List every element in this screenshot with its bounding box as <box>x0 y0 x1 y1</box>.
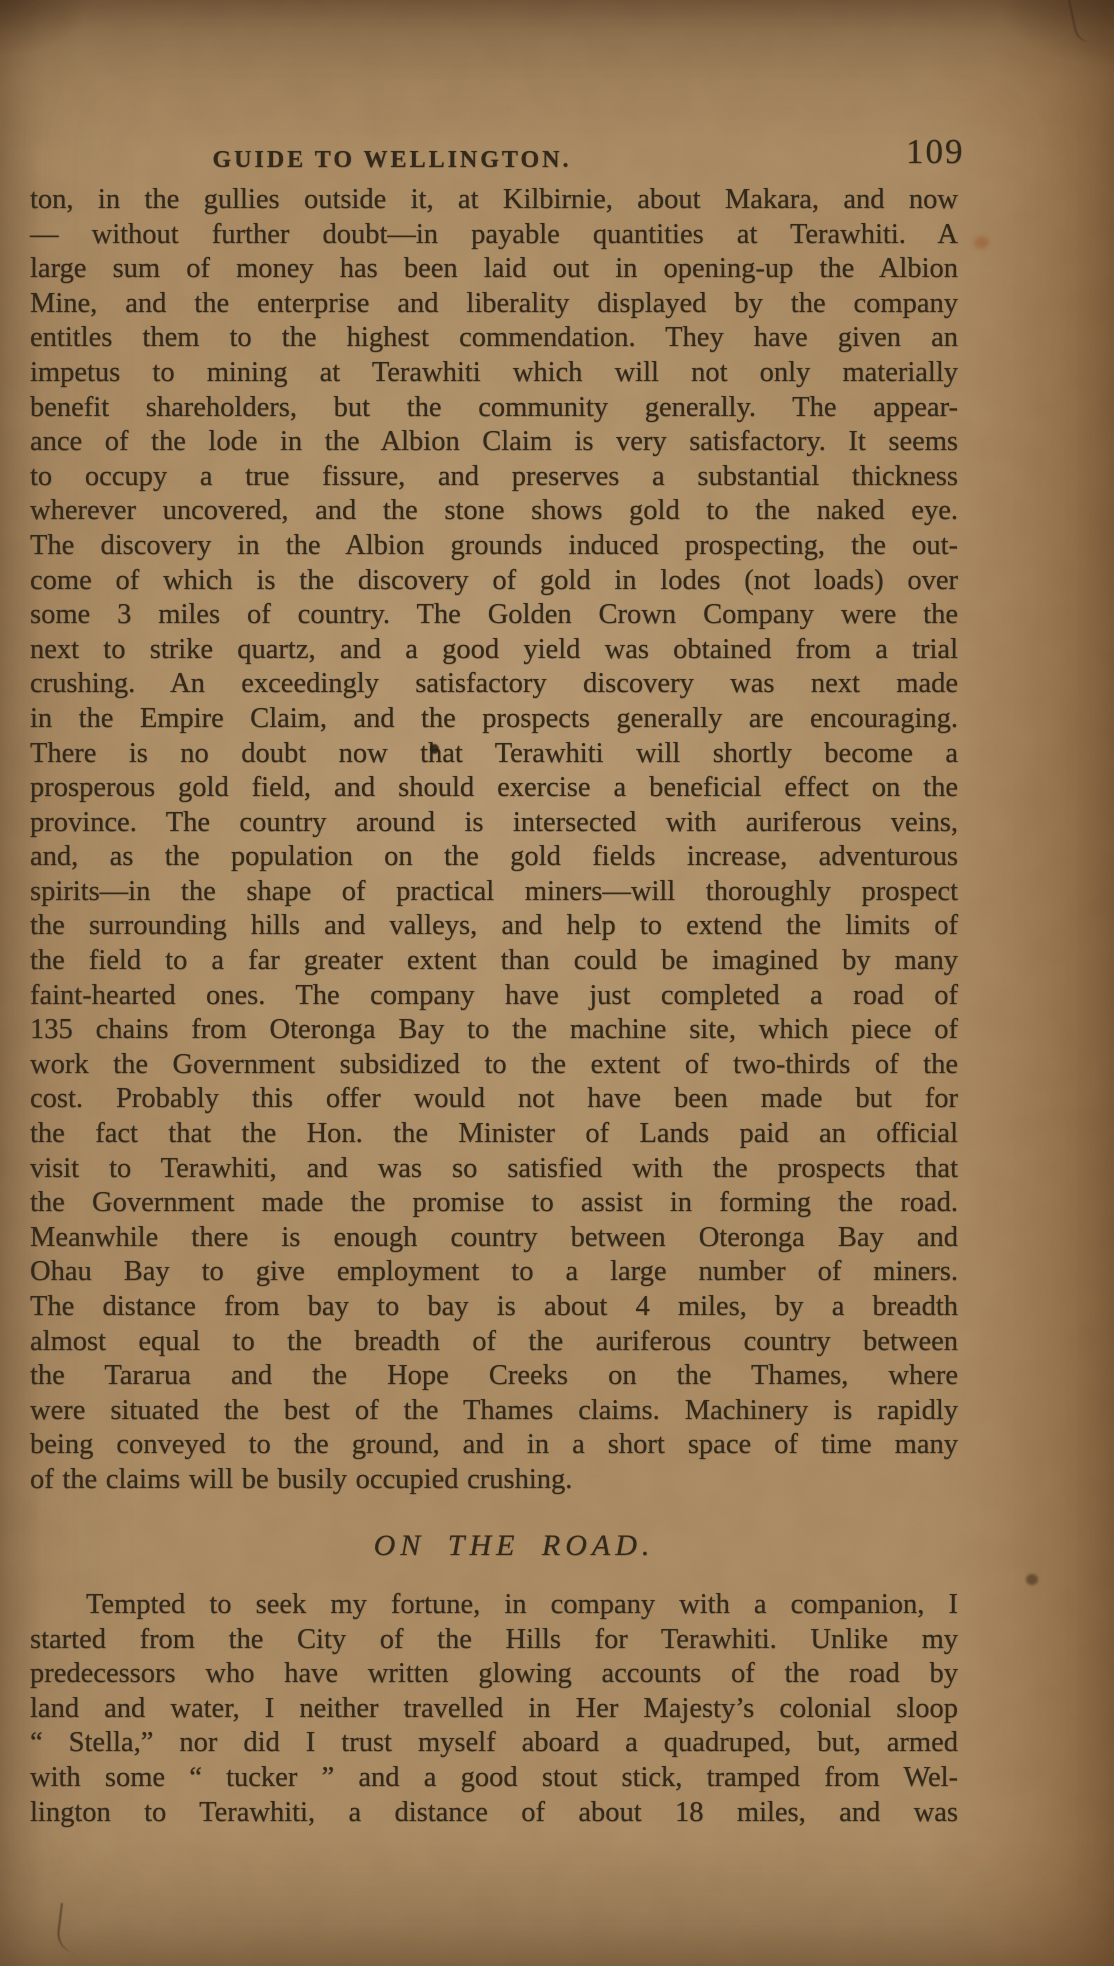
text-line: faint-hearted ones. The company have jus… <box>30 979 958 1014</box>
text-line: cost. Probably this offer would not have… <box>30 1082 958 1117</box>
text-line: next to strike quartz, and a good yield … <box>30 633 958 668</box>
text-line: land and water, I neither travelled in H… <box>30 1692 958 1727</box>
text-line: province. The country around is intersec… <box>30 806 958 841</box>
text-line: 135 chains from Oteronga Bay to the mach… <box>30 1013 958 1048</box>
text-line: predecessors who have written glowing ac… <box>30 1657 958 1692</box>
stain-spot <box>974 236 989 249</box>
text-line: There is no doubt now that Terawhiti wil… <box>30 737 958 772</box>
text-line: visit to Terawhiti, and was so satisfied… <box>30 1152 958 1187</box>
text-line: The distance from bay to bay is about 4 … <box>30 1290 958 1325</box>
text-line: being conveyed to the ground, and in a s… <box>30 1428 958 1463</box>
text-line: some 3 miles of country. The Golden Crow… <box>30 598 958 633</box>
text-line: the fact that the Hon. the Minister of L… <box>30 1117 958 1152</box>
running-title: GUIDE TO WELLINGTON. <box>213 147 572 174</box>
text-line: the Government made the promise to assis… <box>30 1186 958 1221</box>
text-line: lington to Terawhiti, a distance of abou… <box>30 1796 958 1831</box>
text-line: impetus to mining at Terawhiti which wil… <box>30 356 958 391</box>
text-line: Ohau Bay to give employment to a large n… <box>30 1255 958 1290</box>
text-line: entitles them to the highest commendatio… <box>30 321 958 356</box>
text-line: Meanwhile there is enough country betwee… <box>30 1221 958 1256</box>
paper-crack <box>55 1903 81 1953</box>
text-line: large sum of money has been laid out in … <box>30 252 958 287</box>
text-line: to occupy a true fissure, and preserves … <box>30 460 958 495</box>
page-number: 109 <box>906 132 965 172</box>
text-line: started from the City of the Hills for T… <box>30 1623 958 1658</box>
text-line: come of which is the discovery of gold i… <box>30 564 958 599</box>
text-line: of the claims will be busily occupied cr… <box>30 1463 958 1498</box>
section-heading: ON THE ROAD. <box>50 1529 978 1563</box>
text-line: “ Stella,” nor did I trust myself aboard… <box>30 1726 958 1761</box>
text-line: The discovery in the Albion grounds indu… <box>30 529 958 564</box>
paragraph-on-the-road: Tempted to seek my fortune, in company w… <box>30 1588 958 1830</box>
text-line: were situated the best of the Thames cla… <box>30 1394 958 1429</box>
text-line: Tempted to seek my fortune, in company w… <box>30 1588 958 1623</box>
text-line: wherever uncovered, and the stone shows … <box>30 494 958 529</box>
ink-speck <box>1026 1574 1038 1585</box>
text-line: with some “ tucker ” and a good stout st… <box>30 1761 958 1796</box>
text-line: prosperous gold field, and should exerci… <box>30 771 958 806</box>
text-line: crushing. An exceedingly satisfactory di… <box>30 667 958 702</box>
text-line: ance of the lode in the Albion Claim is … <box>30 425 958 460</box>
paragraph-terawhiti-mining: ton, in the gullies outside it, at Kilbi… <box>30 183 958 1498</box>
text-line: and, as the population on the gold field… <box>30 840 958 875</box>
text-line: the field to a far greater extent than c… <box>30 944 958 979</box>
text-line: ton, in the gullies outside it, at Kilbi… <box>30 183 958 218</box>
text-line: work the Government subsidized to the ex… <box>30 1048 958 1083</box>
text-line: the Tararua and the Hope Creeks on the T… <box>30 1359 958 1394</box>
text-line: — without further doubt—in payable quant… <box>30 218 958 253</box>
text-line: the surrounding hills and valleys, and h… <box>30 909 958 944</box>
text-line: almost equal to the breadth of the aurif… <box>30 1325 958 1360</box>
text-line: benefit shareholders, but the community … <box>30 391 958 426</box>
text-line: spirits—in the shape of practical miners… <box>30 875 958 910</box>
text-line: Mine, and the enterprise and liberality … <box>30 287 958 322</box>
text-line: in the Empire Claim, and the prospects g… <box>30 702 958 737</box>
paper-crack <box>1067 0 1093 45</box>
book-page: GUIDE TO WELLINGTON. 109 ton, in the gul… <box>0 0 1114 1966</box>
